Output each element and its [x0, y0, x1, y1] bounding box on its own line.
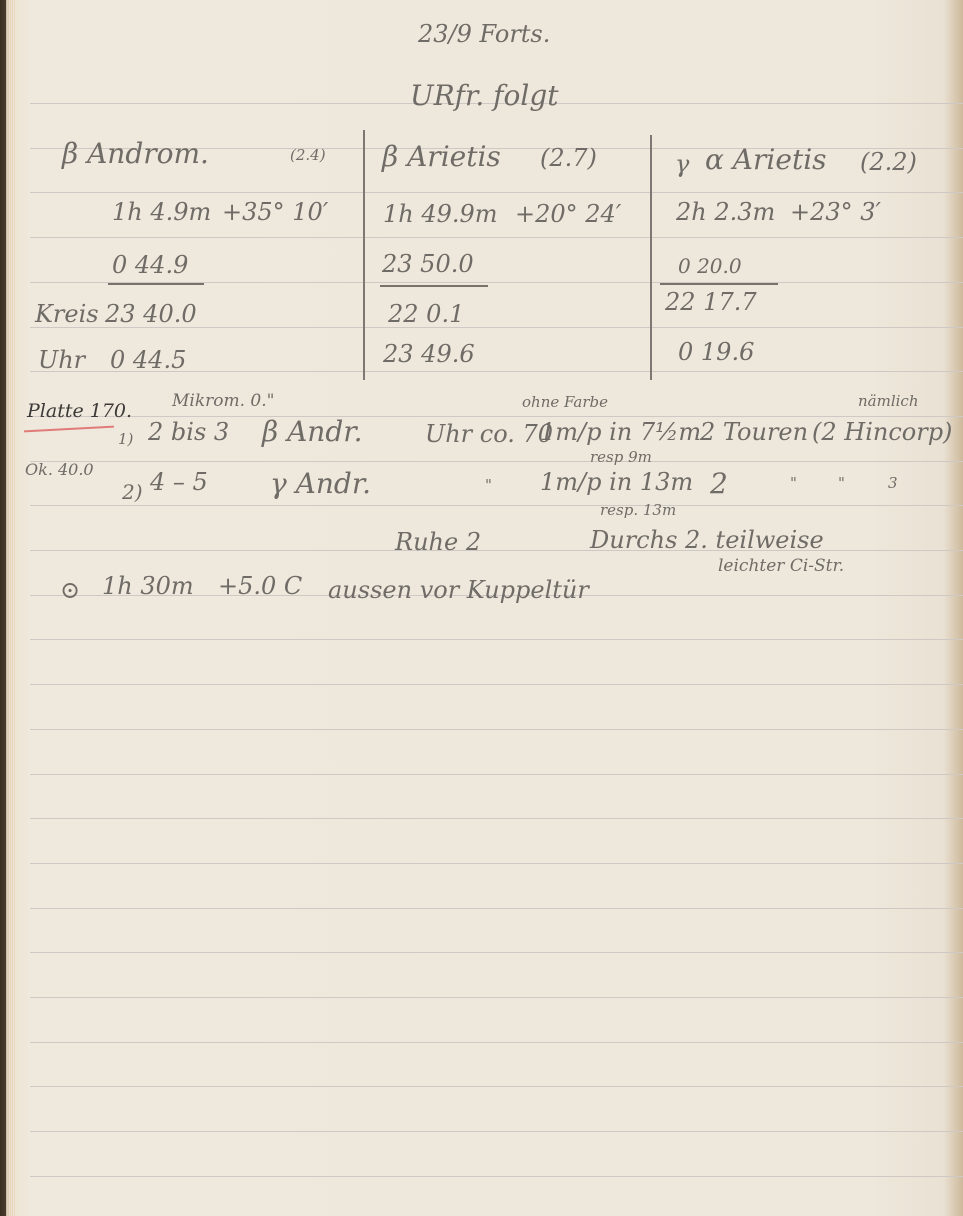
star-magnitude: (2.7) — [540, 146, 597, 170]
entry-clock-ditto: " — [485, 478, 492, 493]
declination: +23° 3′ — [790, 200, 881, 224]
entry-range: 2 bis 3 — [148, 420, 229, 444]
star-magnitude: (2.4) — [290, 148, 326, 163]
sun-symbol: ⊙ — [60, 578, 80, 602]
ruled-line — [30, 1131, 963, 1132]
underline — [108, 283, 204, 285]
value-row-2: 0 20.0 — [678, 256, 742, 276]
value-row-4: 23 49.6 — [383, 342, 475, 366]
ruled-line — [30, 416, 963, 417]
underline — [660, 283, 778, 285]
column-divider-1 — [363, 130, 365, 380]
star-name: α Arietis — [705, 146, 827, 174]
ruled-line — [30, 729, 963, 730]
row-label-kreis: Kreis — [35, 302, 99, 326]
entry-number: 1) — [118, 432, 133, 447]
red-underline — [24, 426, 114, 433]
entry-tours: 2 Touren — [700, 420, 808, 444]
date-heading: 23/9 Forts. — [418, 22, 550, 46]
value-row-3: 23 40.0 — [105, 302, 197, 326]
ruled-line — [30, 863, 963, 864]
value-row-2: 0 44.9 — [112, 253, 188, 277]
star-magnitude: (2.2) — [860, 150, 917, 174]
ruled-line — [30, 774, 963, 775]
star-name: β Androm. — [62, 140, 209, 168]
value-row-4: 0 19.6 — [678, 340, 754, 364]
entry-note-above: ohne Farbe — [522, 395, 608, 410]
ruled-line — [30, 684, 963, 685]
entry-star: γ Andr. — [270, 470, 371, 498]
right-ascension: 1h 4.9m — [112, 200, 211, 224]
durchs-note-2: leichter Ci-Str. — [718, 558, 844, 575]
row-label-uhr: Uhr — [38, 348, 85, 372]
entry-number: 2) — [122, 482, 143, 502]
entry-paren-above: nämlich — [858, 394, 918, 409]
declination: +20° 24′ — [515, 202, 621, 226]
entry-resp: resp 9m — [590, 450, 652, 465]
subtitle: URfr. folgt — [410, 82, 559, 110]
star-name: β Arietis — [382, 143, 501, 171]
entry-clock: Uhr co. 70 — [425, 422, 553, 446]
ditto-mark: " — [838, 476, 845, 491]
ruled-line — [30, 997, 963, 998]
column-divider-2 — [650, 135, 652, 380]
value-row-3: 22 0.1 — [388, 302, 464, 326]
declination: +35° 10′ — [222, 200, 328, 224]
entry-paren: (2 Hincorp) — [812, 420, 952, 444]
ruled-line — [30, 1086, 963, 1087]
page-edge — [6, 0, 16, 1216]
temperature-note: aussen vor Kuppeltür — [328, 578, 589, 602]
ruled-line — [30, 1042, 963, 1043]
ocular-label: Ok. 40.0 — [25, 462, 94, 478]
value-row-4: 0 44.5 — [110, 348, 186, 372]
ditto-mark: 3 — [888, 476, 898, 491]
notebook-page: 23/9 Forts. URfr. folgt β Androm. (2.4) … — [0, 0, 963, 1216]
durchs-note: Durchs 2. teilweise — [590, 528, 824, 552]
ruled-line — [30, 505, 963, 506]
plate-label: Platte 170. — [27, 402, 132, 421]
entry-range: 4 – 5 — [150, 470, 208, 494]
entry-star: β Andr. — [262, 418, 362, 446]
entry-exposure: 1m/p in 13m — [540, 470, 693, 494]
ruled-line — [30, 192, 963, 193]
ruled-line — [30, 952, 963, 953]
value-row-3: 22 17.7 — [665, 290, 757, 314]
mikrometer-note: Mikrom. 0." — [172, 393, 274, 410]
ruled-line — [30, 908, 963, 909]
entry-tours: 2 — [710, 470, 728, 498]
ruled-line — [30, 639, 963, 640]
ruled-line — [30, 1176, 963, 1177]
ditto-mark: " — [790, 476, 797, 491]
ruled-line — [30, 818, 963, 819]
entry-resp: resp. 13m — [600, 503, 676, 518]
temperature-time: 1h 30m — [102, 574, 194, 598]
ruled-line — [30, 461, 963, 462]
ruhe-note: Ruhe 2 — [395, 530, 481, 554]
ruled-line — [30, 237, 963, 238]
value-row-2: 23 50.0 — [382, 252, 474, 276]
temperature-value: +5.0 C — [218, 574, 302, 598]
prefix-mark: γ — [675, 152, 689, 176]
underline — [380, 285, 488, 287]
entry-exposure: 1m/p in 7½m — [540, 420, 701, 444]
right-ascension: 1h 49.9m — [383, 202, 498, 226]
right-ascension: 2h 2.3m — [676, 200, 775, 224]
